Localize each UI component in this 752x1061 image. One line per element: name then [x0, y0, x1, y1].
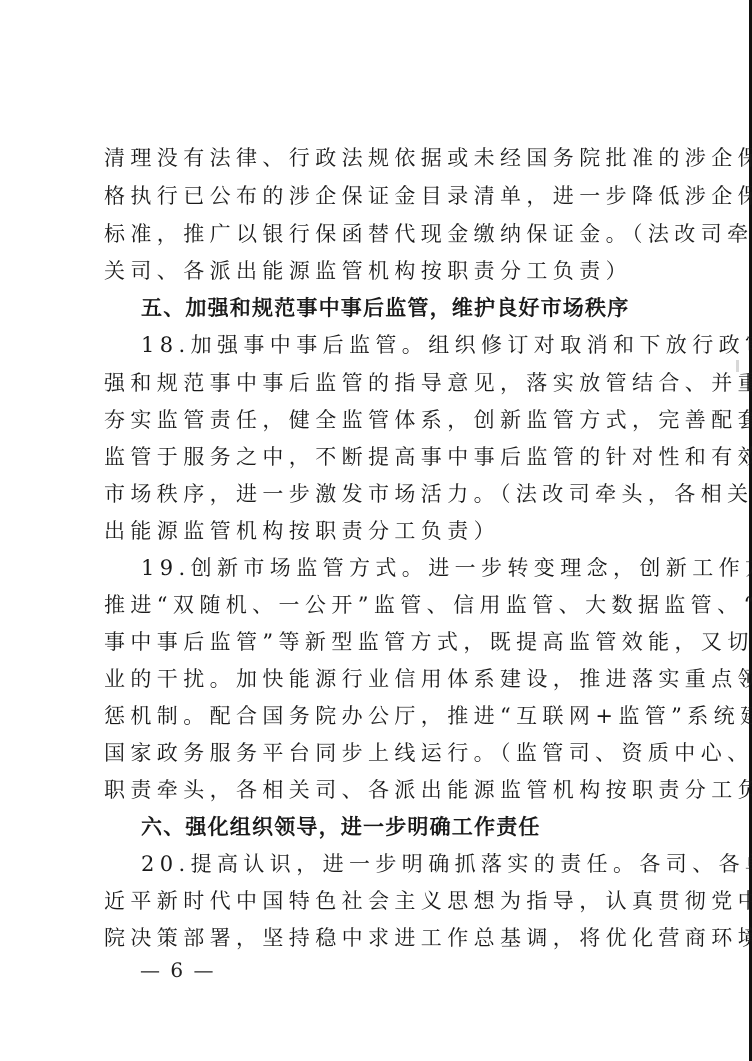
body-line: 出能源监管机构按职责分工负责）	[104, 513, 500, 550]
body-line: 市场秩序，进一步激发市场活力。（法改司牵头，各相关司、各派	[104, 476, 752, 513]
body-line: 院决策部署，坚持稳中求进工作总基调，将优化营商环境、减轻企	[104, 920, 752, 957]
body-line: 职责牵头，各相关司、各派出能源监管机构按职责分工负责）	[104, 772, 752, 809]
body-line: 强和规范事中事后监管的指导意见，落实放管结合、并重的要求，	[104, 365, 752, 402]
body-line: 格执行已公布的涉企保证金目录清单，进一步降低涉企保证金缴纳	[104, 178, 752, 215]
body-line: 惩机制。配合国务院办公厅，推进“互联网+监管”系统建设，力争与	[104, 698, 752, 735]
body-line: 事中事后监管”等新型监管方式，既提高监管效能，又切实减少对企	[104, 624, 752, 661]
body-line: 业的干扰。加快能源行业信用体系建设，推进落实重点领域联合奖	[104, 661, 752, 698]
item-18-first-line: 18.加强事中事后监管。组织修订对取消和下放行政审批事项加	[141, 327, 752, 364]
body-line: 国家政务服务平台同步上线运行。（监管司、资质中心、综合司按	[104, 735, 752, 772]
section-heading-6: 六、强化组织领导，进一步明确工作责任	[141, 809, 541, 846]
page-number: — 6 —	[140, 958, 215, 982]
body-line: 近平新时代中国特色社会主义思想为指导，认真贯彻党中央、国务	[104, 883, 752, 920]
section-heading-5: 五、加强和规范事中事后监管，维护良好市场秩序	[141, 290, 629, 327]
item-20-first-line: 20.提高认识，进一步明确抓落实的责任。各司、各单位要以习	[141, 846, 752, 883]
body-line: 清理没有法律、行政法规依据或未经国务院批准的涉企保证金，严	[104, 140, 752, 177]
body-line: 推进“双随机、一公开”监管、信用监管、大数据监管、“告知承诺+	[104, 587, 752, 624]
body-line: 关司、各派出能源监管机构按职责分工负责）	[104, 253, 632, 290]
body-line: 标准，推广以银行保函替代现金缴纳保证金。（法改司牵头，各相	[104, 216, 752, 253]
item-19-first-line: 19.创新市场监管方式。进一步转变理念，创新工作方法，积极	[141, 550, 752, 587]
body-line: 夯实监管责任，健全监管体系，创新监管方式，完善配套政策，寓	[104, 402, 752, 439]
body-line: 监管于服务之中，不断提高事中事后监管的针对性和有效性，规范	[104, 439, 752, 476]
